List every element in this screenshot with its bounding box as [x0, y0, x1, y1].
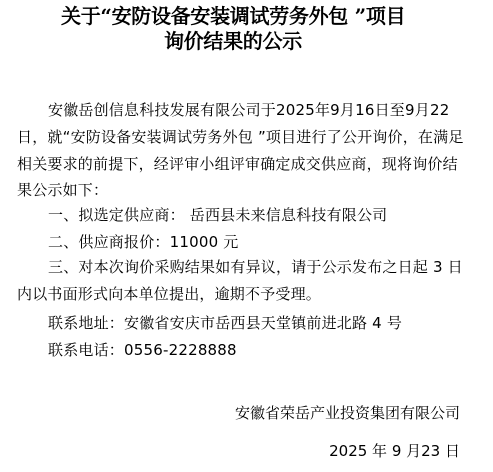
- selected-supplier-item: 一、拟选定供应商： 岳西县未来信息科技有限公司: [48, 205, 387, 225]
- notice-title-line-2: 询价结果的公示: [164, 29, 302, 53]
- intro-paragraph: 安徽岳创信息科技发展有限公司于2025年9月16日至9月22 日，就“安防设备安…: [17, 97, 469, 204]
- objection-paragraph: 三、对本次询价采购结果如有异议，请于公示发布之日起 3 日内以书面形式向本单位提…: [17, 254, 469, 308]
- notice-title-line-1: 关于“安防设备安装调试劳务外包 ”项目: [61, 4, 405, 28]
- objection-text: 三、对本次询价采购结果如有异议，请于公示发布之日起 3 日内以书面形式向本单位提…: [17, 254, 469, 308]
- contact-phone: 联系电话：0556-2228888: [48, 340, 237, 360]
- signature-date: 2025 年 9 月23 日: [329, 441, 460, 461]
- intro-text: 安徽岳创信息科技发展有限公司于2025年9月16日至9月22 日，就“安防设备安…: [17, 97, 469, 204]
- signature-company: 安徽省荣岳产业投资集团有限公司: [235, 403, 460, 423]
- supplier-quote-item: 二、供应商报价：11000 元: [48, 232, 239, 252]
- contact-address: 联系地址：安徽省安庆市岳西县天堂镇前进北路 4 号: [48, 313, 402, 333]
